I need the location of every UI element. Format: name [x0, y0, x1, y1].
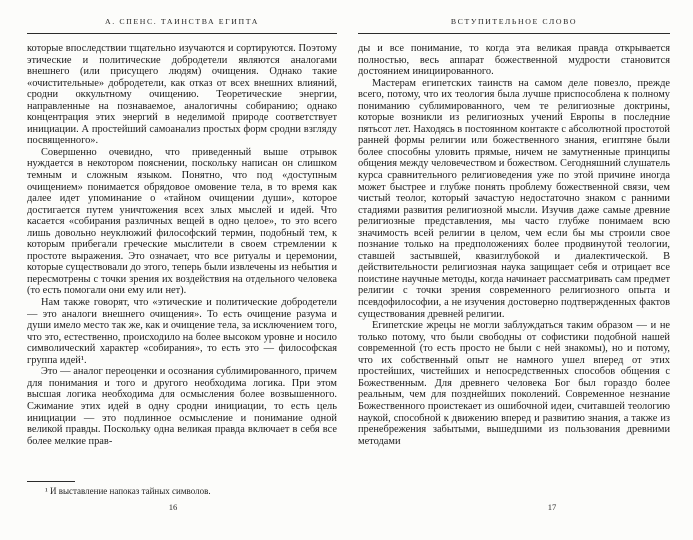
- header-rule-right: [358, 33, 670, 34]
- paragraph: Мастерам египетских таинств на самом дел…: [358, 78, 670, 320]
- paragraph: Это — аналог переоценки и осознания субл…: [27, 366, 337, 447]
- paragraph: ды и все понимание, то когда эта великая…: [358, 43, 670, 78]
- footnote: ¹ И выставление напоказ тайных символов.: [27, 486, 337, 497]
- right-page-body: ды и все понимание, то когда эта великая…: [358, 43, 670, 499]
- header-rule-left: [27, 33, 337, 34]
- footnote-rule: [27, 481, 75, 482]
- page-number-right: 17: [537, 502, 567, 512]
- right-page: ВСТУПИТЕЛЬНОЕ СЛОВО ды и все понимание, …: [358, 0, 670, 540]
- paragraph: Египетские жрецы не могли заблуждаться т…: [358, 320, 670, 447]
- running-head-left: А. СПЕНС. ТАИНСТВА ЕГИПТА: [27, 17, 337, 26]
- left-page: А. СПЕНС. ТАИНСТВА ЕГИПТА которые впосле…: [27, 0, 337, 540]
- paragraph: которые впоследствии тщательно изучаются…: [27, 43, 337, 147]
- left-page-body: которые впоследствии тщательно изучаются…: [27, 43, 337, 477]
- book-spread: { "left_page": { "header": "А. СПЕНС. ТА…: [0, 0, 693, 540]
- paragraph: Совершенно очевидно, что приведенный выш…: [27, 147, 337, 297]
- running-head-right: ВСТУПИТЕЛЬНОЕ СЛОВО: [358, 17, 670, 26]
- page-number-left: 16: [158, 502, 188, 512]
- paragraph: Нам также говорят, что «этические и поли…: [27, 297, 337, 366]
